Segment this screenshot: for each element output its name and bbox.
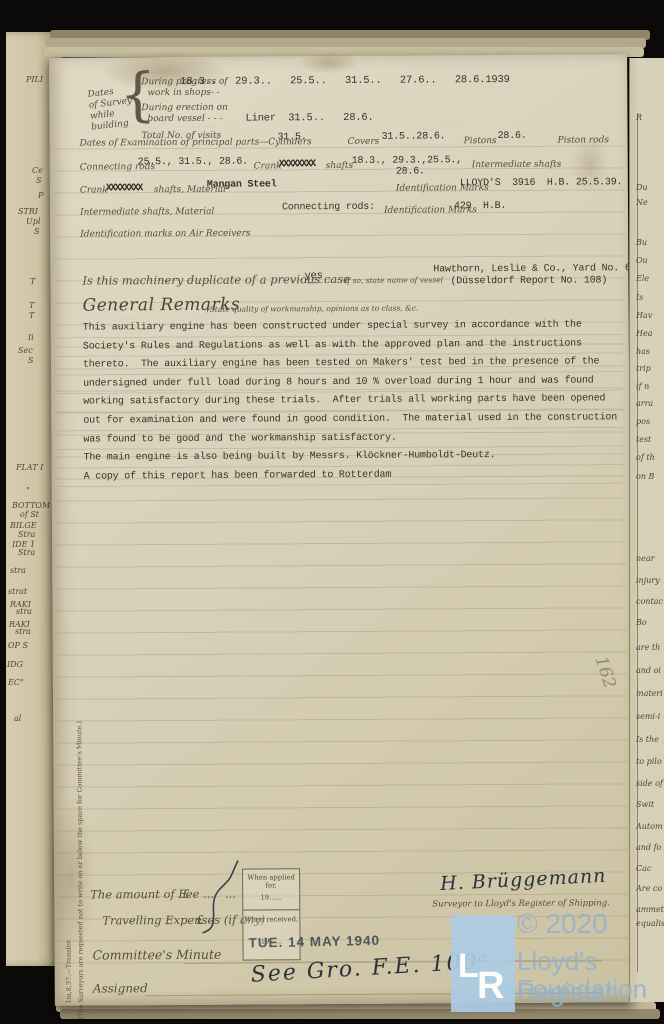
page-fragment: trip [636,364,651,373]
lloyds-register-logo: L R [451,915,515,1012]
page-fragment: Bu [636,238,647,247]
crank-dates-line2: 28.6. [396,166,425,177]
page-fragment: OP S [8,641,28,650]
page-fragment: Ce [32,166,43,175]
fee-currency: £ [182,887,189,901]
label-board-vessel: board vessel - - - [147,114,222,124]
remarks-line: out for examination and were found in go… [83,409,627,431]
page-fragment: STRI [18,207,38,216]
date-received-stamp: TUE. 14 MAY 1940 [248,933,380,951]
stain [299,52,359,74]
page-fragment: and oi [636,666,661,675]
page-fragment: T [29,301,34,310]
page-fragment: Is [636,293,643,302]
connecting-rods-id-value: 429 H.B. [454,201,506,212]
page-fragment: Ne [636,198,648,207]
if-so-label: If so, state name of vessel [344,275,443,285]
fee-box-divider [243,909,299,910]
general-remarks-text: This auxiliary engine has been construct… [83,316,628,487]
page-fragment: Ii [28,333,34,342]
label-during-erection: During erection on [141,103,227,114]
page-fragment: Is the [636,735,659,744]
page-fragment: side of [636,779,663,788]
general-remarks-subheading: (State quality of workmanship, opinions … [207,304,419,314]
page-fragment: Autom [636,822,663,831]
page-fragment: are th [636,643,660,652]
label-shafts: shafts [326,161,353,171]
label-piston-rods: Piston rods [558,135,609,145]
label-crank-material-1: Crank [80,185,108,195]
page-fragment: IDG [7,660,23,669]
page-fragment: Hav [636,311,652,320]
duplicate-answer-value: yes [304,270,322,283]
page-fragment: ammete [636,905,664,914]
crank-dates-line1: 18.3., 29.3.,25.5., [352,155,462,167]
page-fragment: Stra [18,530,35,539]
page-fragment: Cac [636,864,651,873]
shop-survey-dates-value: 18.3.. 29.3.. 25.5.. 31.5.. 27.6.. 28.6.… [180,74,510,88]
crank-material-value: Mangan Steel [207,179,277,190]
page-fragment: T [30,277,35,286]
page-fragment: Hea [636,329,652,338]
page-fragment: al [14,714,21,723]
label-intermediate-material: Intermediate shafts, Material [80,207,214,218]
page-fragment: Are co [636,884,662,893]
survey-report-sheet: Dates of Survey while building { During … [49,54,633,1006]
total-visits-value: Liner 31.5.. 28.6. [245,112,373,125]
page-fragment: arra [636,399,653,408]
page-fragment: equalis [636,919,664,928]
ruled-lines [54,124,629,977]
page-fragment: S [28,356,33,365]
label-intermediate-shafts: Intermediate shafts [472,160,562,171]
page-fragment: S [36,176,41,185]
page-fragment: BOTTOM [12,501,50,510]
page-fragment: EC" [8,678,24,687]
label-crank: Crank [254,161,282,171]
label-air-receivers: Identification marks on Air Receivers [80,229,250,240]
page-fragment: and fo [636,843,661,852]
margin-note-transfer: 1m,8,37.—Transfer. [64,939,72,1004]
committee-minute-label: Committee's Minute [93,947,222,963]
page-fragment: Stra [18,548,35,557]
page-fragment: on B [636,472,654,481]
when-applied-label: When applied for, [243,873,299,889]
page-fragment: Ou [636,256,648,265]
page-fragment: materi [636,689,663,698]
connecting-rods-value: 25.5., 31.5., 28.6. [138,157,248,169]
underlying-right-page: RDuNeBuOuEleIsHavHeahastripif narraposte… [629,58,664,1002]
watermark-copyright: © 2020 [517,908,608,940]
page-fragment: Du [636,183,648,192]
logo-letter-l: L [458,949,479,983]
page-fragment: S [34,227,39,236]
page-fragment: semi-i [636,712,660,721]
page-fragment: " [26,486,30,495]
page-fragment: P [38,191,43,200]
page-fragment: test [636,435,651,444]
page-fragment: contac [636,597,663,606]
page-fragment: Sec [18,346,33,355]
page-fragment: if n [636,382,649,391]
page-fragment: has [636,347,650,356]
logo-letter-r: R [477,967,504,1005]
page-fragment: FLAT I [16,463,43,472]
when-applied-year: 19...... [243,893,299,901]
page-fragment: pos [636,417,650,426]
page-fragment: of St [20,510,39,519]
page-fragment: Swit [636,800,654,809]
remarks-line: A copy of this report has been forwarded… [84,465,628,487]
vessel-name-line2: (Düsseldorf Report No. 108) [450,275,607,287]
page-fragment: stra [16,607,32,616]
page-fragment: R [636,113,642,122]
page-fragment: near [636,554,654,563]
cylinders-value: 31.5. [278,132,307,143]
label-work-in-shops: work in shops- - [147,88,219,98]
covers-value: 31.5..28.6. [382,131,446,142]
vessel-name-line1: Hawthorn, Leslie & Co., Yard No. 60 [433,263,636,275]
label-covers: Covers [348,137,380,147]
assigned-label: Assigned [93,981,148,995]
page-fragment: T [29,311,34,320]
page-fragment: stra [10,566,26,575]
watermark-org-line2: Foundation [517,974,647,1005]
crank-id-marks-value: LLOYD'S 3916 H.B. 25.5.39. [460,177,623,189]
crank-material-strikeout: XXXXXXXX [106,183,142,194]
crank-strikeout: XXXXXXXX [279,159,315,170]
pistons-value: 28.6. [498,131,527,142]
page-fragment: to pilo [636,757,662,766]
page-fragment: BILGE [10,521,37,530]
page-edge-strip [60,1009,660,1019]
page-fragment: PILI [26,75,43,84]
page-fragment: Bo [636,618,647,627]
page-fragment: of th [636,453,655,462]
page-fragment: injury [636,576,660,585]
scanned-document-view: PILICeSPSTRIUplSTTTIiSecSFLAT I"BOTTOMof… [0,0,664,1024]
page-fragment: Upl [26,217,40,226]
label-pistons: Pistons [464,136,497,146]
page-fragment: Ele [636,274,649,283]
when-received-label: When received, [243,915,299,923]
connecting-rods-prefix: Connecting rods: [282,202,375,214]
page-fragment: stra [15,627,31,636]
page-fragment: strat [8,587,27,596]
